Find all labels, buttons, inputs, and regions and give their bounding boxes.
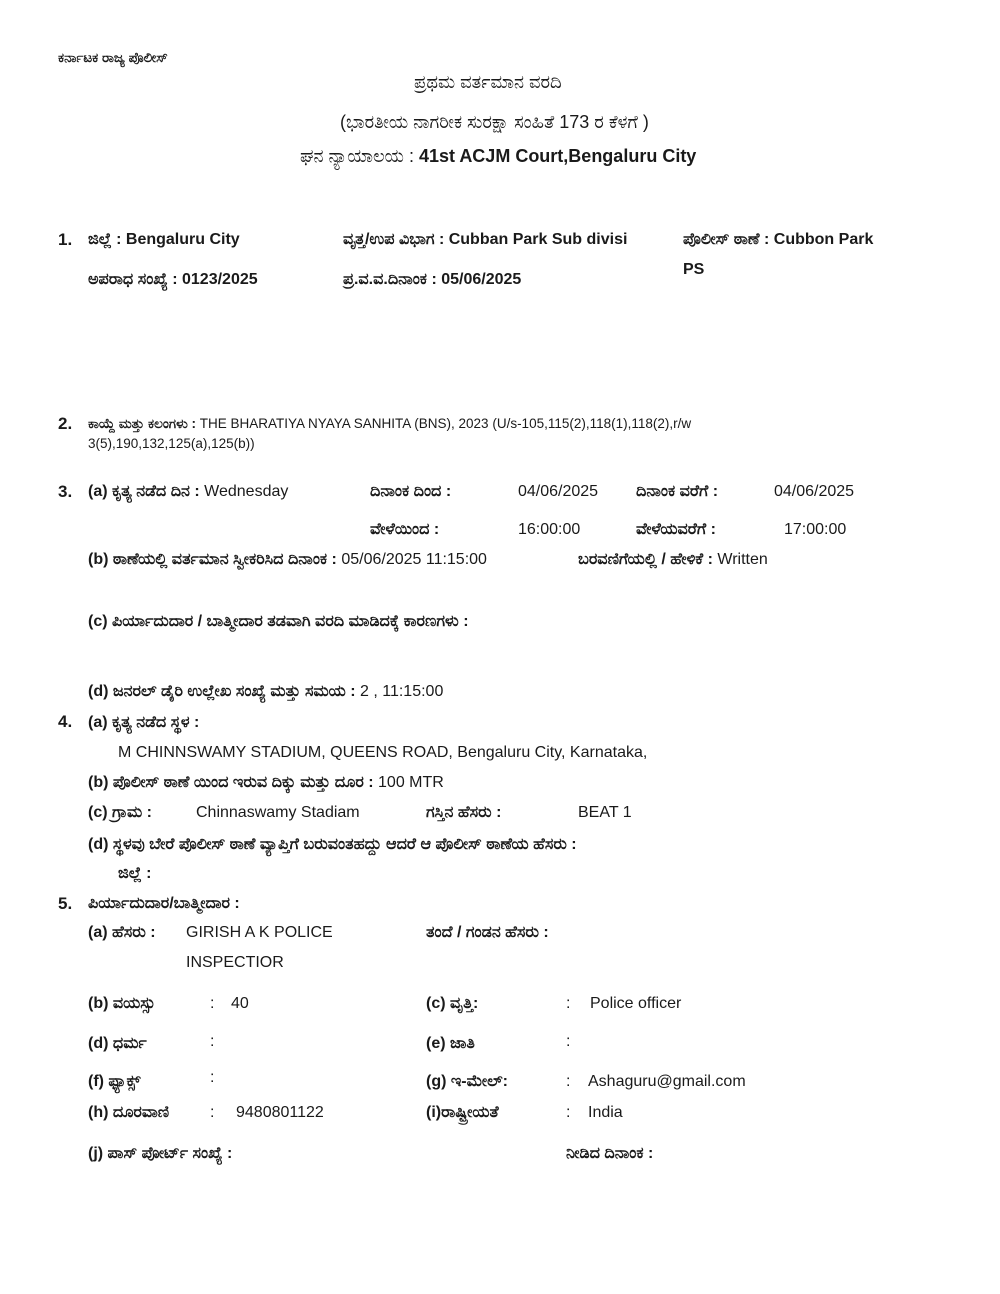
court-label: ಘನ ನ್ಯಾಯಾಲಯ :: [300, 146, 419, 166]
father-husband-name-label: ತಂದೆ / ಗಂಡನ ಹೆಸರು :: [426, 923, 549, 943]
acts-sections-value-cont: 3(5),190,132,125(a),125(b)): [88, 434, 255, 454]
acts-sections-field: ಕಾಯ್ದೆ ಮತ್ತು ಕಲಂಗಳು : THE BHARATIYA NYAY…: [88, 414, 691, 434]
section-5-number: 5.: [58, 894, 72, 914]
email-value: Ashaguru@gmail.com: [588, 1072, 746, 1092]
caste-label: (e) ಜಾತಿ: [426, 1034, 475, 1054]
passport-number-label: (j) ಪಾಸ್ ಪೋರ್ಟ್ ಸಂಖ್ಯೆ :: [88, 1144, 232, 1164]
nationality-label: (i)ರಾಷ್ಟ್ರೀಯತೆ: [426, 1103, 499, 1123]
religion-colon: :: [210, 1032, 214, 1052]
age-label: (b) ವಯಸ್ಸು: [88, 994, 155, 1014]
document-subtitle: (ಭಾರತೀಯ ನಾಗರೀಕ ಸುರಕ್ಷಾ ಸಂಹಿತೆ 173 ರ ಕೆಳಗ…: [340, 112, 649, 132]
time-to-label: ವೇಳೆಯವರೆಗೆ :: [636, 520, 716, 540]
district-field: ಜಿಲ್ಲೆ : Bengaluru City: [88, 230, 240, 250]
email-label: (g) ಇ-ಮೇಲ್:: [426, 1072, 508, 1092]
date-from-value: 04/06/2025: [518, 482, 598, 502]
document-title: ಪ್ರಥಮ ವರ್ತಮಾನ ವರದಿ: [414, 72, 562, 92]
general-diary-field: (d) ಜನರಲ್ ಡೈರಿ ಉಲ್ಲೇಖ ಸಂಖ್ಯೆ ಮತ್ತು ಸಮಯ :…: [88, 682, 443, 702]
caste-colon: :: [566, 1032, 570, 1052]
village-value: Chinnaswamy Stadiam: [196, 803, 360, 823]
section-1-number: 1.: [58, 230, 72, 250]
occupation-label: (c) ವೃತ್ತಿ:: [426, 994, 478, 1014]
phone-colon: :: [210, 1103, 214, 1123]
police-station-field: ಪೊಲೀಸ್ ಠಾಣೆ : Cubbon Park: [683, 230, 873, 250]
date-to-label: ದಿನಾಂಕ ವರೆಗೆ :: [636, 482, 718, 502]
section-3-number: 3.: [58, 482, 72, 502]
fir-date-field: ಪ್ರ.ವ.ವ.ದಿನಾಂಕ : 05/06/2025: [343, 270, 521, 290]
date-from-label: ದಿನಾಂಕ ದಿಂದ :: [370, 482, 451, 502]
beat-label: ಗಸ್ತಿನ ಹೆಸರು :: [426, 803, 501, 823]
phone-value: 9480801122: [236, 1103, 324, 1123]
section-4-number: 4.: [58, 712, 72, 732]
place-of-occurrence-value: M CHINNSWAMY STADIUM, QUEENS ROAD, Benga…: [118, 743, 647, 763]
police-station-value-cont: PS: [683, 260, 704, 280]
occupation-value: Police officer: [590, 994, 681, 1014]
complainant-label: ಪಿರ್ಯಾದುದಾರ/ಬಾತ್ಮೀದಾರ :: [88, 894, 240, 914]
place-of-occurrence-label: (a) ಕೃತ್ಯ ನಡೆದ ಸ್ಥಳ :: [88, 713, 199, 733]
fax-label: (f) ಫ್ಯಾಕ್ಸ್: [88, 1072, 140, 1092]
age-colon: :: [210, 994, 214, 1014]
name-value-cont: INSPECTIOR: [186, 953, 284, 973]
court-line: ಘನ ನ್ಯಾಯಾಲಯ : 41st ACJM Court,Bengaluru …: [300, 146, 696, 168]
delay-reason-label: (c) ಪಿರ್ಯಾದುದಾರ / ಬಾತ್ಮೀದಾರ ತಡವಾಗಿ ವರದಿ …: [88, 612, 469, 632]
court-value: 41st ACJM Court,Bengaluru City: [419, 146, 696, 166]
name-value: GIRISH A K POLICE: [186, 923, 333, 943]
section-2-number: 2.: [58, 414, 72, 434]
offence-day-field: (a) ಕೃತ್ಯ ನಡೆದ ದಿನ : Wednesday: [88, 482, 288, 502]
fax-colon: :: [210, 1068, 214, 1088]
subdivision-field: ವೃತ್ತ/ಉಪ ವಿಭಾಗ : Cubban Park Sub divisi: [343, 230, 627, 250]
date-to-value: 04/06/2025: [774, 482, 854, 502]
time-to-value: 17:00:00: [784, 520, 846, 540]
issued-date-label: ನೀಡಿದ ದಿನಾಂಕ :: [566, 1144, 653, 1164]
time-from-label: ವೇಳೆಯಿಂದ :: [370, 520, 439, 540]
written-oral-field: ಬರವಣಿಗೆಯಲ್ಲಿ / ಹೇಳಿಕೆ : Written: [578, 550, 768, 570]
email-colon: :: [566, 1072, 570, 1092]
department-label: ಕರ್ನಾಟಕ ರಾಜ್ಯ ಪೊಲೀಸ್: [58, 48, 168, 68]
nationality-value: India: [588, 1103, 623, 1123]
info-received-field: (b) ಠಾಣೆಯಲ್ಲಿ ವರ್ತಮಾನ ಸ್ವೀಕರಿಸಿದ ದಿನಾಂಕ …: [88, 550, 487, 570]
nationality-colon: :: [566, 1103, 570, 1123]
beat-value: BEAT 1: [578, 803, 632, 823]
time-from-value: 16:00:00: [518, 520, 580, 540]
religion-label: (d) ಧರ್ಮ: [88, 1034, 147, 1054]
crime-number-field: ಅಪರಾಧ ಸಂಖ್ಯೆ : 0123/2025: [88, 270, 258, 290]
other-jurisdiction-label: (d) ಸ್ಥಳವು ಬೇರೆ ಪೊಲೀಸ್ ಠಾಣೆ ವ್ಯಾಪ್ತಿಗೆ ಬ…: [88, 835, 577, 855]
phone-label: (h) ದೂರವಾಣಿ: [88, 1103, 169, 1123]
name-label: (a) ಹೆಸರು :: [88, 923, 156, 943]
occupation-colon: :: [566, 994, 570, 1014]
other-district-label: ಜಿಲ್ಲೆ :: [118, 864, 151, 884]
village-label: (c) ಗ್ರಾಮ :: [88, 803, 152, 823]
direction-distance-field: (b) ಪೊಲೀಸ್ ಠಾಣೆ ಯಿಂದ ಇರುವ ದಿಕ್ಕು ಮತ್ತು ದ…: [88, 773, 444, 793]
age-value: 40: [231, 994, 249, 1014]
